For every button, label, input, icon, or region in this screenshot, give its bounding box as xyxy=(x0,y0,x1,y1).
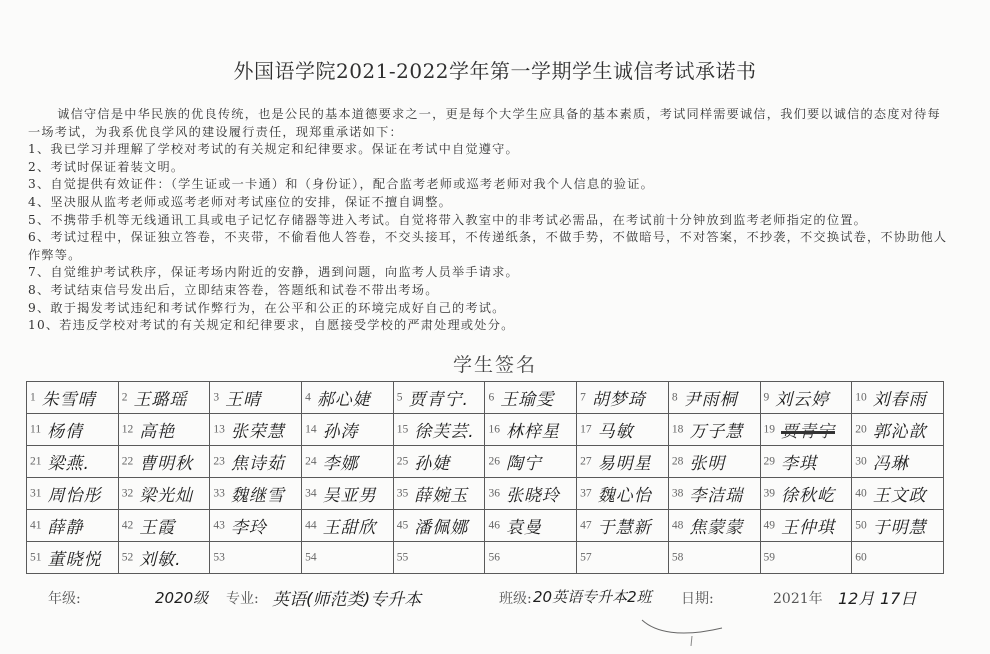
seat-number: 26 xyxy=(488,456,500,468)
pledge-item-1: 1、我已学习并理解了学校对考试的有关规定和纪律要求。保证在考试中自觉遵守。 xyxy=(28,141,948,159)
pledge-item-4: 4、坚决服从监考老师或巡考老师对考试座位的安排，保证不擅自调整。 xyxy=(28,194,948,212)
pledge-item-10: 10、若违反学校对考试的有关规定和纪律要求，自愿接受学校的严肃处理或处分。 xyxy=(28,317,948,335)
signature-row: 11杨倩12高艳13张荣慧14孙涛15徐芙芸.16林梓星17马敏18万子慧19贾… xyxy=(27,414,944,446)
seat-number: 59 xyxy=(764,552,776,564)
seat-number: 14 xyxy=(305,424,317,436)
student-signature: 于明慧 xyxy=(873,518,927,538)
signature-cell: 27易明星 xyxy=(577,446,669,478)
student-signature: 袁曼 xyxy=(506,518,542,538)
signature-row: 41薛静42王霞43李玲44王甜欣45潘佩娜46袁曼47于慧新48焦蒙蒙49王仲… xyxy=(27,510,944,542)
seat-number: 23 xyxy=(213,456,225,468)
student-signature: 陶宁 xyxy=(506,454,542,474)
student-signature: 张明 xyxy=(689,454,725,474)
signature-cell: 31周怡彤 xyxy=(27,478,119,510)
signature-row: 1朱雪晴2王璐瑶3王晴4郝心婕5贾青宁.6王瑜雯7胡梦琦8尹雨桐9刘云婷10刘春… xyxy=(27,382,944,414)
seat-number: 15 xyxy=(397,424,409,436)
signature-cell: 41薛静 xyxy=(27,510,119,542)
signature-cell: 15徐芙芸. xyxy=(393,414,485,446)
signature-cell: 10刘春雨 xyxy=(852,382,944,414)
seat-number: 52 xyxy=(122,552,134,564)
signature-cell: 8尹雨桐 xyxy=(668,382,760,414)
signature-cell: 59 xyxy=(760,542,852,574)
signature-cell: 1朱雪晴 xyxy=(27,382,119,414)
signature-cell: 34吴亚男 xyxy=(302,478,394,510)
student-signature: 焦蒙蒙 xyxy=(689,518,743,538)
pledge-item-3: 3、自觉提供有效证件：（学生证或一卡通）和（身份证），配合监考老师或巡考老师对我… xyxy=(28,176,948,194)
student-signature: 吴亚男 xyxy=(323,486,377,506)
student-signature: 王瑜雯 xyxy=(500,390,554,410)
student-signature: 王甜欣 xyxy=(323,518,377,538)
pledge-item-2: 2、考试时保证着装文明。 xyxy=(28,159,948,177)
signature-heading: 学生签名 xyxy=(0,350,990,377)
student-signature: 魏继雪 xyxy=(231,486,285,506)
student-signature: 贾青宁. xyxy=(409,390,469,410)
signature-cell: 13张荣慧 xyxy=(210,414,302,446)
seat-number: 32 xyxy=(122,488,134,500)
signature-cell: 28张明 xyxy=(668,446,760,478)
seat-number: 28 xyxy=(672,456,684,468)
signature-cell: 20郭沁歆 xyxy=(852,414,944,446)
signature-cell: 58 xyxy=(668,542,760,574)
signature-cell: 33魏继雪 xyxy=(210,478,302,510)
seat-number: 16 xyxy=(488,424,500,436)
seat-number: 9 xyxy=(764,392,770,404)
signature-cell: 42王霞 xyxy=(118,510,210,542)
signature-cell: 56 xyxy=(485,542,577,574)
pledge-item-5: 5、不携带手机等无线通讯工具或电子记忆存储器等进入考试。自觉将带入教室中的非考试… xyxy=(28,212,948,230)
seat-number: 8 xyxy=(672,392,678,404)
student-signature: 孙婕 xyxy=(414,454,450,474)
seat-number: 12 xyxy=(122,424,134,436)
student-signature: 刘云婷 xyxy=(775,390,829,410)
pledge-item-9: 9、敢于揭发考试违纪和考试作弊行为，在公平和公正的环境完成好自己的考试。 xyxy=(28,300,948,318)
signature-cell: 19贾青宁 xyxy=(760,414,852,446)
signature-cell: 2王璐瑶 xyxy=(118,382,210,414)
seat-number: 43 xyxy=(213,520,225,532)
signature-cell: 11杨倩 xyxy=(27,414,119,446)
seat-number: 11 xyxy=(30,424,41,436)
student-signature: 李琪 xyxy=(781,454,817,474)
seat-number: 31 xyxy=(30,488,42,500)
major-value: 英语(师范类)专升本 xyxy=(272,585,421,610)
seat-number: 50 xyxy=(855,520,867,532)
student-signature: 冯琳 xyxy=(873,454,909,474)
seat-number: 53 xyxy=(213,552,225,564)
signature-cell: 39徐秋屹 xyxy=(760,478,852,510)
signature-cell: 23焦诗茹 xyxy=(210,446,302,478)
student-signature: 万子慧 xyxy=(689,422,743,442)
student-signature: 潘佩娜 xyxy=(414,518,468,538)
seat-number: 36 xyxy=(488,488,500,500)
seat-number: 1 xyxy=(30,392,36,404)
signature-cell: 26陶宁 xyxy=(485,446,577,478)
signature-cell: 38李洁瑞 xyxy=(668,478,760,510)
signature-cell: 3王晴 xyxy=(210,382,302,414)
student-signature: 李玲 xyxy=(231,518,267,538)
seat-number: 44 xyxy=(305,520,317,532)
seat-number: 42 xyxy=(122,520,134,532)
seat-number: 60 xyxy=(855,552,867,564)
student-signature: 孙涛 xyxy=(323,422,359,442)
pledge-text: 诚信守信是中华民族的优良传统，也是公民的基本道德要求之一，更是每个大学生应具备的… xyxy=(28,106,948,335)
intro-paragraph: 诚信守信是中华民族的优良传统，也是公民的基本道德要求之一，更是每个大学生应具备的… xyxy=(28,106,948,141)
student-signature: 郭沁歆 xyxy=(873,422,927,442)
student-signature: 王璐瑶 xyxy=(133,390,187,410)
seat-number: 17 xyxy=(580,424,592,436)
signature-cell: 37魏心怡 xyxy=(577,478,669,510)
seat-number: 38 xyxy=(672,488,684,500)
seat-number: 3 xyxy=(213,392,219,404)
student-signature: 郝心婕 xyxy=(317,390,371,410)
class-value: 20英语专升本2班 xyxy=(533,586,652,607)
student-signature: 王霞 xyxy=(139,518,175,538)
signature-cell: 22曹明秋 xyxy=(118,446,210,478)
signature-cell: 53 xyxy=(210,542,302,574)
seat-number: 29 xyxy=(764,456,776,468)
student-signature: 魏心怡 xyxy=(598,486,652,506)
seat-number: 51 xyxy=(30,552,42,564)
student-signature: 薛婉玉 xyxy=(414,486,468,506)
student-signature: 薛静 xyxy=(48,518,84,538)
seat-number: 49 xyxy=(764,520,776,532)
student-signature: 于慧新 xyxy=(598,518,652,538)
seat-number: 19 xyxy=(764,424,776,436)
signature-cell: 30冯琳 xyxy=(852,446,944,478)
seat-number: 56 xyxy=(488,552,500,564)
signature-cell: 52刘敏. xyxy=(118,542,210,574)
student-signature: 朱雪晴 xyxy=(42,390,96,410)
student-signature: 梁光灿 xyxy=(139,486,193,506)
seat-number: 57 xyxy=(580,552,592,564)
seat-number: 25 xyxy=(397,456,409,468)
seat-number: 18 xyxy=(672,424,684,436)
seat-number: 20 xyxy=(855,424,867,436)
signature-cell: 18万子慧 xyxy=(668,414,760,446)
student-signature: 刘敏. xyxy=(139,550,181,570)
signature-cell: 40王文政 xyxy=(852,478,944,510)
seat-number: 30 xyxy=(855,456,867,468)
seat-number: 58 xyxy=(672,552,684,564)
signature-cell: 46袁曼 xyxy=(485,510,577,542)
seat-number: 4 xyxy=(305,392,311,404)
student-signature: 李洁瑞 xyxy=(689,486,743,506)
student-signature: 梁燕. xyxy=(48,454,90,474)
date-month: 12月 xyxy=(838,586,874,609)
seat-number: 48 xyxy=(672,520,684,532)
signature-row: 21梁燕.22曹明秋23焦诗茹24李娜25孙婕26陶宁27易明星28张明29李琪… xyxy=(27,446,944,478)
signature-row: 31周怡彤32梁光灿33魏继雪34吴亚男35薛婉玉36张晓玲37魏心怡38李洁瑞… xyxy=(27,478,944,510)
footer-info: 年级: 2020级 专业: 英语(师范类)专升本 班级: 20英语专升本2班 日… xyxy=(0,588,990,618)
seat-number: 21 xyxy=(30,456,42,468)
seat-number: 55 xyxy=(397,552,409,564)
student-signature: 曹明秋 xyxy=(139,454,193,474)
signature-table: 1朱雪晴2王璐瑶3王晴4郝心婕5贾青宁.6王瑜雯7胡梦琦8尹雨桐9刘云婷10刘春… xyxy=(26,381,944,574)
signature-cell: 51董晓悦 xyxy=(27,542,119,574)
signature-cell: 44王甜欣 xyxy=(302,510,394,542)
student-signature: 王仲琪 xyxy=(781,518,835,538)
seat-number: 6 xyxy=(488,392,494,404)
signature-cell: 21梁燕. xyxy=(27,446,119,478)
signature-cell: 35薛婉玉 xyxy=(393,478,485,510)
student-signature: 马敏 xyxy=(598,422,634,442)
seat-number: 39 xyxy=(764,488,776,500)
grade-label: 年级: xyxy=(48,588,81,608)
seat-number: 47 xyxy=(580,520,592,532)
student-signature: 李娜 xyxy=(323,454,359,474)
seat-number: 40 xyxy=(855,488,867,500)
signature-cell: 12高艳 xyxy=(118,414,210,446)
student-signature: 张晓玲 xyxy=(506,486,560,506)
signature-cell: 45潘佩娜 xyxy=(393,510,485,542)
seat-number: 2 xyxy=(122,392,128,404)
student-signature: 林梓星 xyxy=(506,422,560,442)
signature-cell: 16林梓星 xyxy=(485,414,577,446)
signature-cell: 14孙涛 xyxy=(302,414,394,446)
student-signature: 董晓悦 xyxy=(48,550,102,570)
seat-number: 46 xyxy=(488,520,500,532)
date-label: 日期: xyxy=(681,588,714,608)
seat-number: 13 xyxy=(213,424,225,436)
student-signature: 焦诗茹 xyxy=(231,454,285,474)
signature-cell: 49王仲琪 xyxy=(760,510,852,542)
seat-number: 24 xyxy=(305,456,317,468)
date-year: 2021年 xyxy=(773,588,823,608)
signature-cell: 24李娜 xyxy=(302,446,394,478)
student-signature: 王文政 xyxy=(873,486,927,506)
seat-number: 41 xyxy=(30,520,42,532)
seat-number: 54 xyxy=(305,552,317,564)
seat-number: 5 xyxy=(397,392,403,404)
seat-number: 35 xyxy=(397,488,409,500)
seat-number: 22 xyxy=(122,456,134,468)
signature-cell: 54 xyxy=(302,542,394,574)
seat-number: 37 xyxy=(580,488,592,500)
pledge-item-6: 6、考试过程中，保证独立答卷，不夹带，不偷看他人答卷，不交头接耳，不传递纸条，不… xyxy=(28,229,948,264)
student-signature: 刘春雨 xyxy=(873,390,927,410)
signature-cell: 57 xyxy=(577,542,669,574)
signature-cell: 43李玲 xyxy=(210,510,302,542)
signature-cell: 32梁光灿 xyxy=(118,478,210,510)
student-signature: 徐秋屹 xyxy=(781,486,835,506)
student-signature: 胡梦琦 xyxy=(592,390,646,410)
student-signature: 贾青宁 xyxy=(781,422,835,442)
signature-cell: 6王瑜雯 xyxy=(485,382,577,414)
student-signature: 高艳 xyxy=(139,422,175,442)
seat-number: 27 xyxy=(580,456,592,468)
document-title: 外国语学院2021-2022学年第一学期学生诚信考试承诺书 xyxy=(0,55,990,84)
signature-cell: 25孙婕 xyxy=(393,446,485,478)
seat-number: 7 xyxy=(580,392,586,404)
signature-cell: 47于慧新 xyxy=(577,510,669,542)
signature-cell: 17马敏 xyxy=(577,414,669,446)
signature-cell: 4郝心婕 xyxy=(302,382,394,414)
signature-cell: 9刘云婷 xyxy=(760,382,852,414)
seat-number: 33 xyxy=(213,488,225,500)
date-day: 17日 xyxy=(880,586,916,609)
student-signature: 张荣慧 xyxy=(231,422,285,442)
signature-row: 51董晓悦52刘敏.5354555657585960 xyxy=(27,542,944,574)
pledge-item-8: 8、考试结束信号发出后，立即结束答卷，答题纸和试卷不带出考场。 xyxy=(28,282,948,300)
student-signature: 尹雨桐 xyxy=(684,390,738,410)
seat-number: 10 xyxy=(855,392,867,404)
pledge-item-7: 7、自觉维护考试秩序，保证考场内附近的安静，遇到问题，向监考人员举手请求。 xyxy=(28,264,948,282)
signature-cell: 60 xyxy=(852,542,944,574)
pen-stroke-mark xyxy=(640,618,730,648)
student-signature: 易明星 xyxy=(598,454,652,474)
student-signature: 王晴 xyxy=(225,390,261,410)
class-label: 班级: xyxy=(499,588,532,608)
grade-value: 2020级 xyxy=(155,587,208,608)
student-signature: 周怡彤 xyxy=(48,486,102,506)
signature-cell: 48焦蒙蒙 xyxy=(668,510,760,542)
signature-cell: 7胡梦琦 xyxy=(577,382,669,414)
student-signature: 徐芙芸. xyxy=(414,422,474,442)
major-label: 专业: xyxy=(226,588,259,608)
signature-cell: 50于明慧 xyxy=(852,510,944,542)
seat-number: 45 xyxy=(397,520,409,532)
student-signature: 杨倩 xyxy=(47,422,83,442)
seat-number: 34 xyxy=(305,488,317,500)
signature-cell: 29李琪 xyxy=(760,446,852,478)
signature-cell: 5贾青宁. xyxy=(393,382,485,414)
signature-cell: 55 xyxy=(393,542,485,574)
signature-cell: 36张晓玲 xyxy=(485,478,577,510)
